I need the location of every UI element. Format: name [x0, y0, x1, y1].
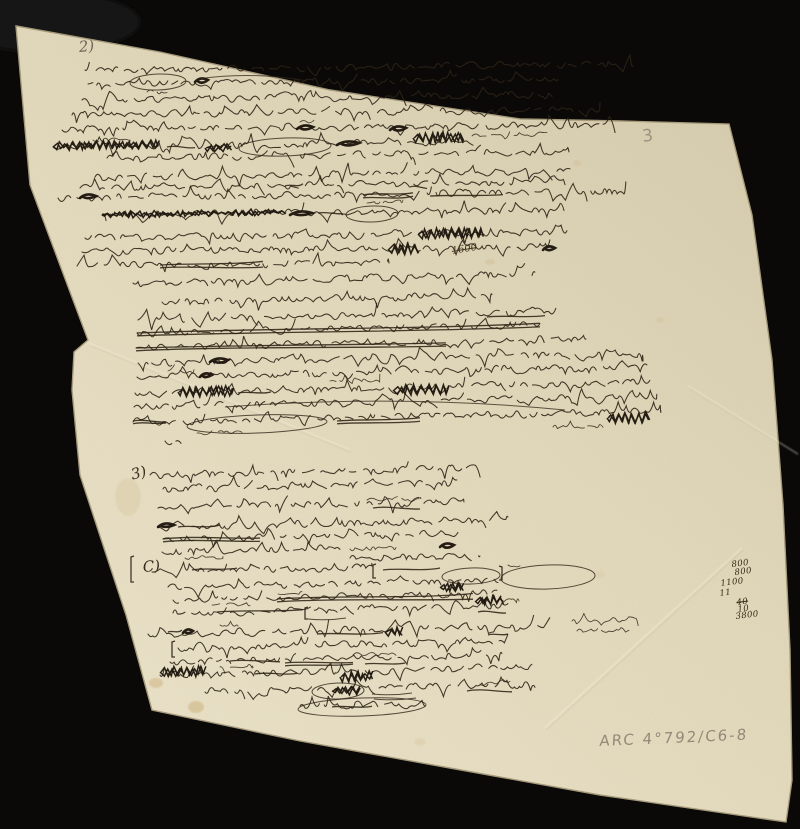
paper-stain — [188, 701, 204, 713]
manuscript-photo: 2) 3 ARC 4°792/C6-8 3) C) 1600 800800110… — [0, 0, 800, 829]
paper-grain — [16, 26, 792, 822]
manuscript-page-rendering — [0, 0, 800, 829]
sum-value: 11 — [719, 588, 732, 599]
page-number-pencil: 3 — [641, 126, 654, 147]
paper-stain — [414, 738, 426, 746]
margin-mark-c: C) — [142, 556, 161, 575]
paper-stain — [149, 678, 163, 688]
paper-stain — [115, 478, 141, 516]
corner-mark: 2) — [78, 37, 95, 56]
paper-stain — [595, 571, 605, 579]
paper-stain — [485, 259, 495, 265]
ink-strikethrough — [488, 634, 508, 635]
paper-stain — [656, 317, 664, 323]
paper-stain — [573, 160, 581, 166]
